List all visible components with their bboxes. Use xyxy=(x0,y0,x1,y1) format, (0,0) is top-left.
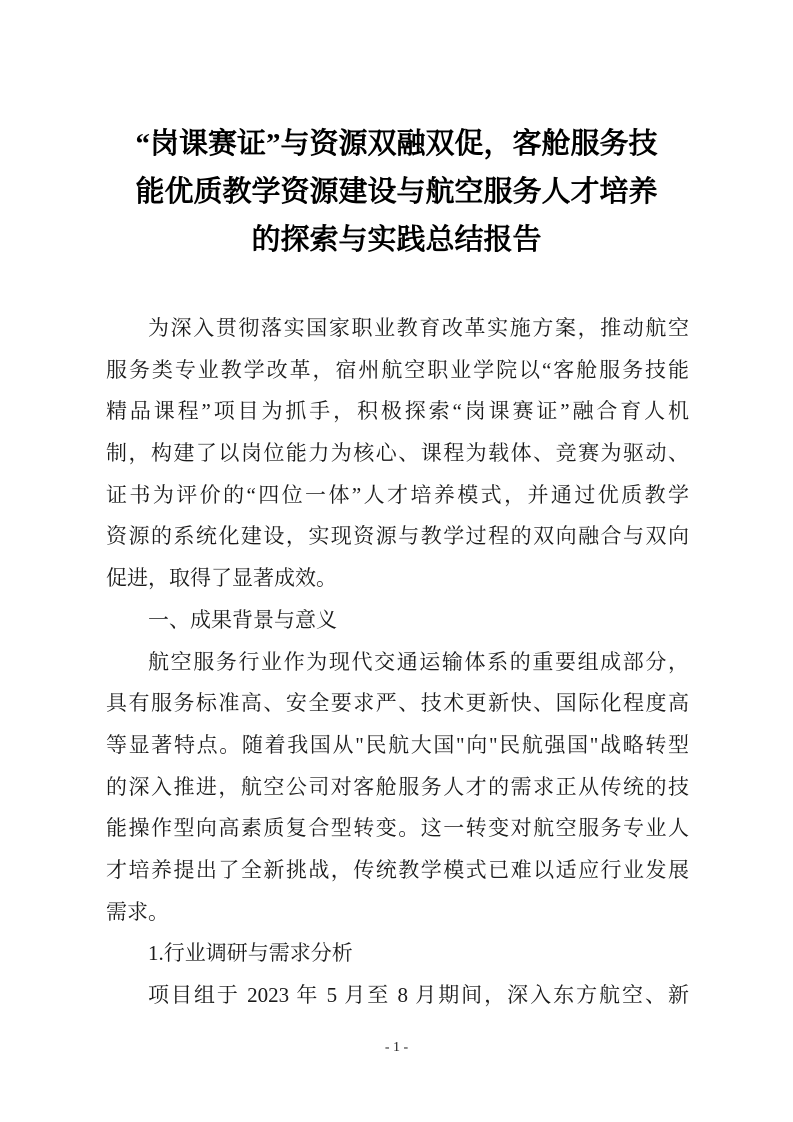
body-line: 制，构建了以岗位能力为核心、课程为载体、竞赛为驱动、 xyxy=(106,433,689,475)
body-line: 精品课程”项目为抓手，积极探索“岗课赛证”融合育人机 xyxy=(106,391,689,433)
body-line: 才培养提出了全新挑战，传统教学模式已难以适应行业发展 xyxy=(106,850,689,892)
section-heading: 一、成果背景与意义 xyxy=(106,600,689,642)
document-title-line-1: “岗课赛证”与资源双融双促，客舱服务技 xyxy=(0,120,793,168)
body-line: 具有服务标准高、安全要求严、技术更新快、国际化程度高 xyxy=(106,683,689,725)
body-line: 的深入推进，航空公司对客舱服务人才的需求正从传统的技 xyxy=(106,767,689,809)
document-body: 为深入贯彻落实国家职业教育改革实施方案，推动航空 服务类专业教学改革，宿州航空职… xyxy=(0,308,793,1017)
body-line: 为深入贯彻落实国家职业教育改革实施方案，推动航空 xyxy=(106,308,689,350)
subsection-heading: 1.行业调研与需求分析 xyxy=(106,933,689,975)
body-line: 等显著特点。随着我国从"民航大国"向"民航强国"战略转型 xyxy=(106,725,689,767)
document-title-line-2: 能优质教学资源建设与航空服务人才培养 xyxy=(0,168,793,216)
body-line: 证书为评价的“四位一体”人才培养模式，并通过优质教学 xyxy=(106,475,689,517)
document-title-line-3: 的探索与实践总结报告 xyxy=(0,216,793,264)
body-line: 资源的系统化建设，实现资源与教学过程的双向融合与双向 xyxy=(106,516,689,558)
document-title: “岗课赛证”与资源双融双促，客舱服务技 能优质教学资源建设与航空服务人才培养 的… xyxy=(0,0,793,264)
body-line: 服务类专业教学改革，宿州航空职业学院以“客舱服务技能 xyxy=(106,350,689,392)
body-line: 项目组于 2023 年 5 月至 8 月期间，深入东方航空、新 xyxy=(106,975,689,1017)
body-line: 能操作型向高素质复合型转变。这一转变对航空服务专业人 xyxy=(106,808,689,850)
body-line: 促进，取得了显著成效。 xyxy=(106,558,689,600)
document-page: “岗课赛证”与资源双融双促，客舱服务技 能优质教学资源建设与航空服务人才培养 的… xyxy=(0,0,793,1122)
page-number: - 1 - xyxy=(0,1040,793,1056)
body-line: 航空服务行业作为现代交通运输体系的重要组成部分， xyxy=(106,642,689,684)
body-line: 需求。 xyxy=(106,892,689,934)
